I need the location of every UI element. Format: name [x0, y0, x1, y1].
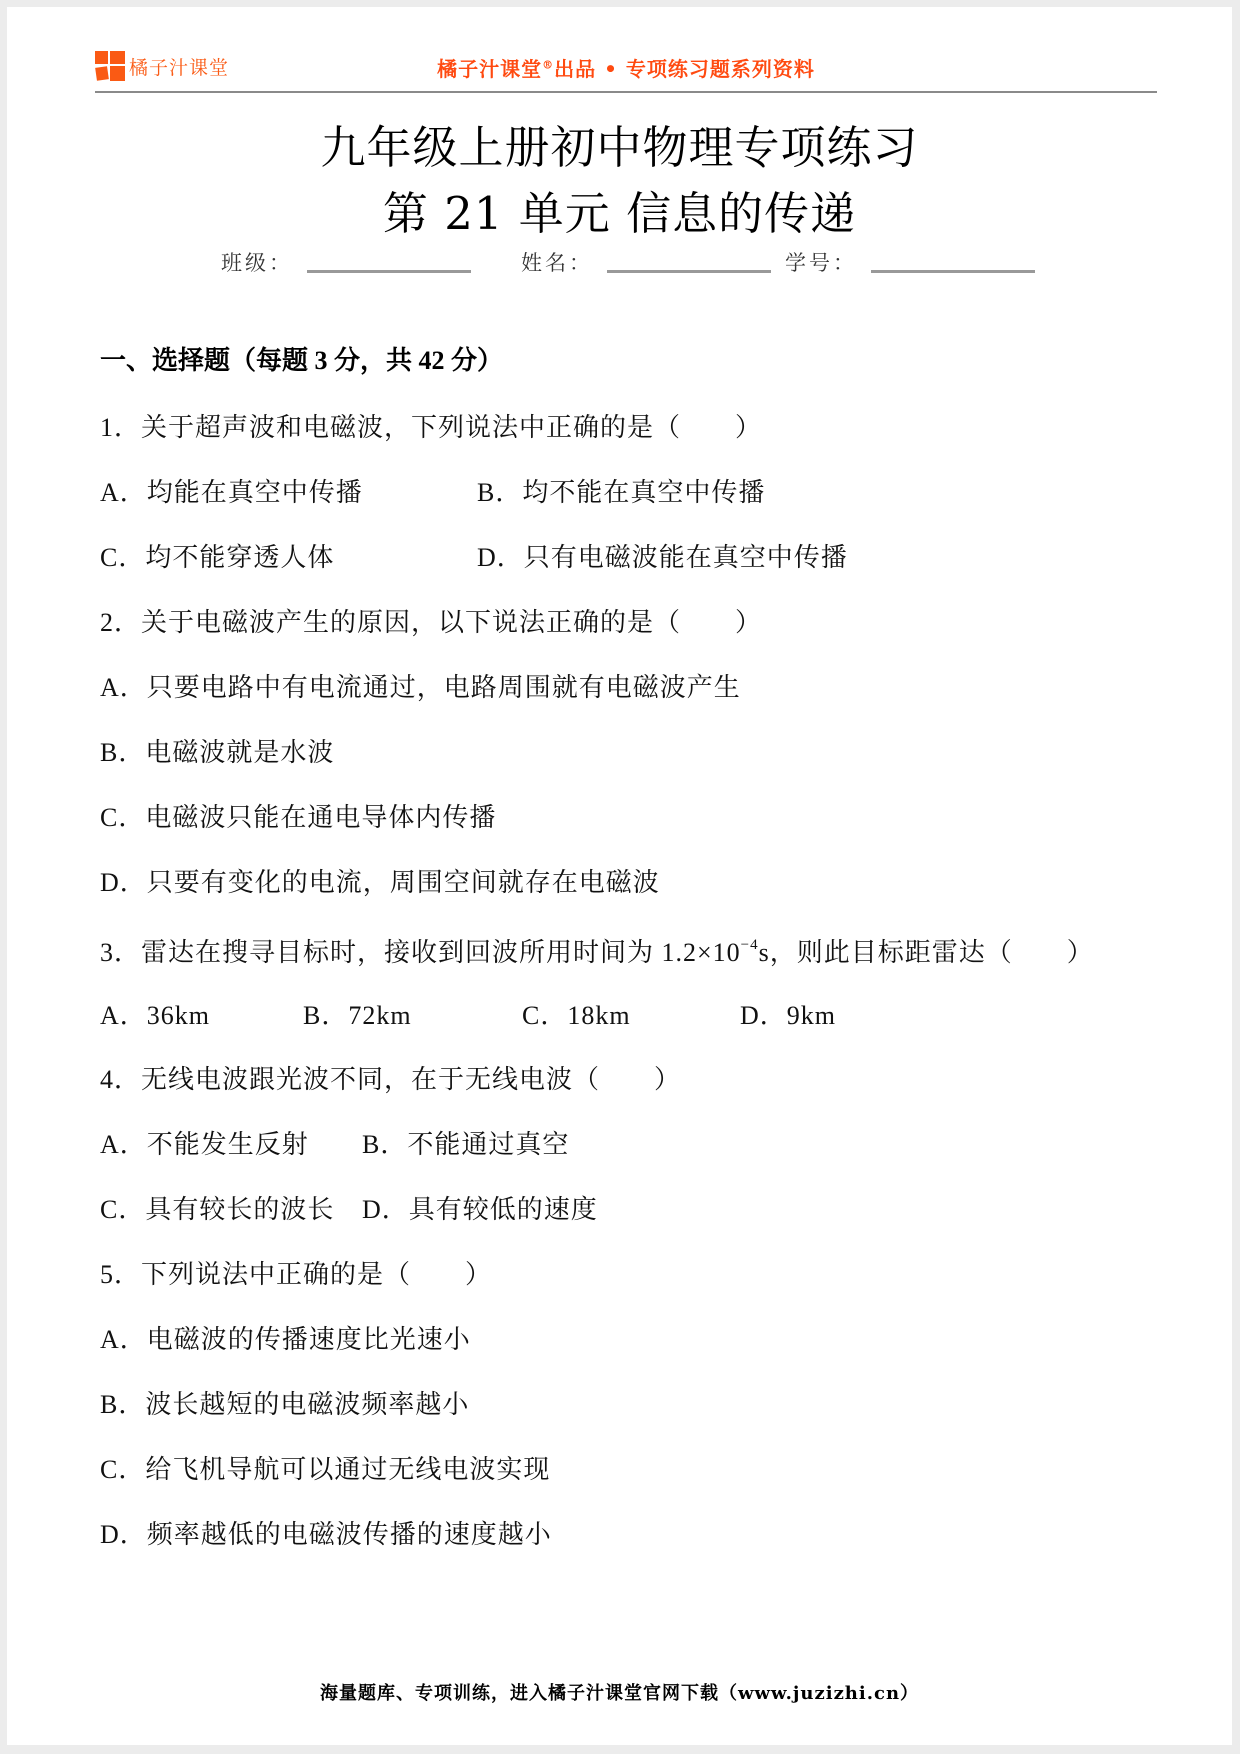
question-5-option-b[interactable]: B．波长越短的电磁波频率越小	[100, 1384, 469, 1421]
class-field[interactable]: 班级：	[221, 247, 471, 277]
student-id-label: 学号：	[785, 247, 857, 277]
class-label: 班级：	[221, 247, 293, 277]
tagline-brand: 橘子汁课堂	[437, 57, 542, 81]
question-3-stem: 3．雷达在搜寻目标时，接收到回波所用时间为 1.2×10−4s，则此目标距雷达（…	[100, 932, 1094, 969]
section-heading: 一、选择题（每题 3 分，共 42 分）	[100, 340, 503, 377]
name-field[interactable]: 姓名：	[521, 247, 771, 277]
question-4-option-b[interactable]: B．不能通过真空	[362, 1124, 569, 1161]
class-blank-line[interactable]	[307, 270, 471, 273]
question-3-stem-post: s，则此目标距雷达（ ）	[759, 938, 1094, 967]
question-4-option-d[interactable]: D．具有较低的速度	[362, 1189, 598, 1226]
question-3-option-c[interactable]: C．18km	[522, 995, 631, 1032]
question-2-option-c[interactable]: C．电磁波只能在通电导体内传播	[100, 797, 496, 834]
question-5-option-c[interactable]: C．给飞机导航可以通过无线电波实现	[100, 1449, 550, 1486]
question-3-exponent: −4	[741, 937, 759, 953]
student-info-fields: 班级： 姓名： 学号：	[7, 247, 1232, 281]
question-4-option-c[interactable]: C．具有较长的波长	[100, 1189, 334, 1226]
question-1-stem: 1．关于超声波和电磁波，下列说法中正确的是（ ）	[100, 407, 762, 444]
registered-mark: ®	[542, 58, 554, 71]
question-1-option-c[interactable]: C．均不能穿透人体	[100, 537, 334, 574]
student-id-field[interactable]: 学号：	[785, 247, 1035, 277]
page-title: 九年级上册初中物理专项练习	[7, 111, 1232, 176]
question-1-option-b[interactable]: B．均不能在真空中传播	[477, 472, 765, 509]
header-divider	[95, 91, 1157, 93]
question-2-stem: 2．关于电磁波产生的原因，以下说法正确的是（ ）	[100, 602, 762, 639]
question-3-option-a[interactable]: A．36km	[100, 995, 210, 1032]
question-1-option-a[interactable]: A．均能在真空中传播	[100, 472, 363, 509]
question-1-option-d[interactable]: D．只有电磁波能在真空中传播	[477, 537, 848, 574]
page-footer[interactable]: 海量题库、专项训练，进入橘子汁课堂官网下载（www.juzizhi.cn）	[7, 1679, 1232, 1705]
question-4-stem: 4．无线电波跟光波不同，在于无线电波（ ）	[100, 1059, 681, 1096]
header-tagline: 橘子汁课堂®出品 • 专项练习题系列资料	[95, 53, 1157, 82]
tagline-rest: 出品 • 专项练习题系列资料	[554, 57, 815, 81]
question-2-option-a[interactable]: A．只要电路中有电流通过，电路周围就有电磁波产生	[100, 667, 741, 704]
question-5-option-a[interactable]: A．电磁波的传播速度比光速小	[100, 1319, 471, 1356]
name-label: 姓名：	[521, 247, 593, 277]
page-subtitle: 第 21 单元 信息的传递	[7, 177, 1232, 242]
question-3-stem-pre: 3．雷达在搜寻目标时，接收到回波所用时间为 1.2×10	[100, 938, 741, 967]
question-2-option-b[interactable]: B．电磁波就是水波	[100, 732, 334, 769]
question-5-option-d[interactable]: D．频率越低的电磁波传播的速度越小	[100, 1514, 552, 1551]
document-page: 橘子汁课堂 橘子汁课堂®出品 • 专项练习题系列资料 九年级上册初中物理专项练习…	[7, 7, 1232, 1745]
question-3-option-b[interactable]: B．72km	[303, 995, 412, 1032]
page-header: 橘子汁课堂 橘子汁课堂®出品 • 专项练习题系列资料	[95, 43, 1157, 93]
student-id-blank-line[interactable]	[871, 270, 1035, 273]
question-3-option-d[interactable]: D．9km	[740, 995, 836, 1032]
question-5-stem: 5．下列说法中正确的是（ ）	[100, 1254, 492, 1291]
question-4-option-a[interactable]: A．不能发生反射	[100, 1124, 309, 1161]
question-2-option-d[interactable]: D．只要有变化的电流，周围空间就存在电磁波	[100, 862, 660, 899]
name-blank-line[interactable]	[607, 270, 771, 273]
